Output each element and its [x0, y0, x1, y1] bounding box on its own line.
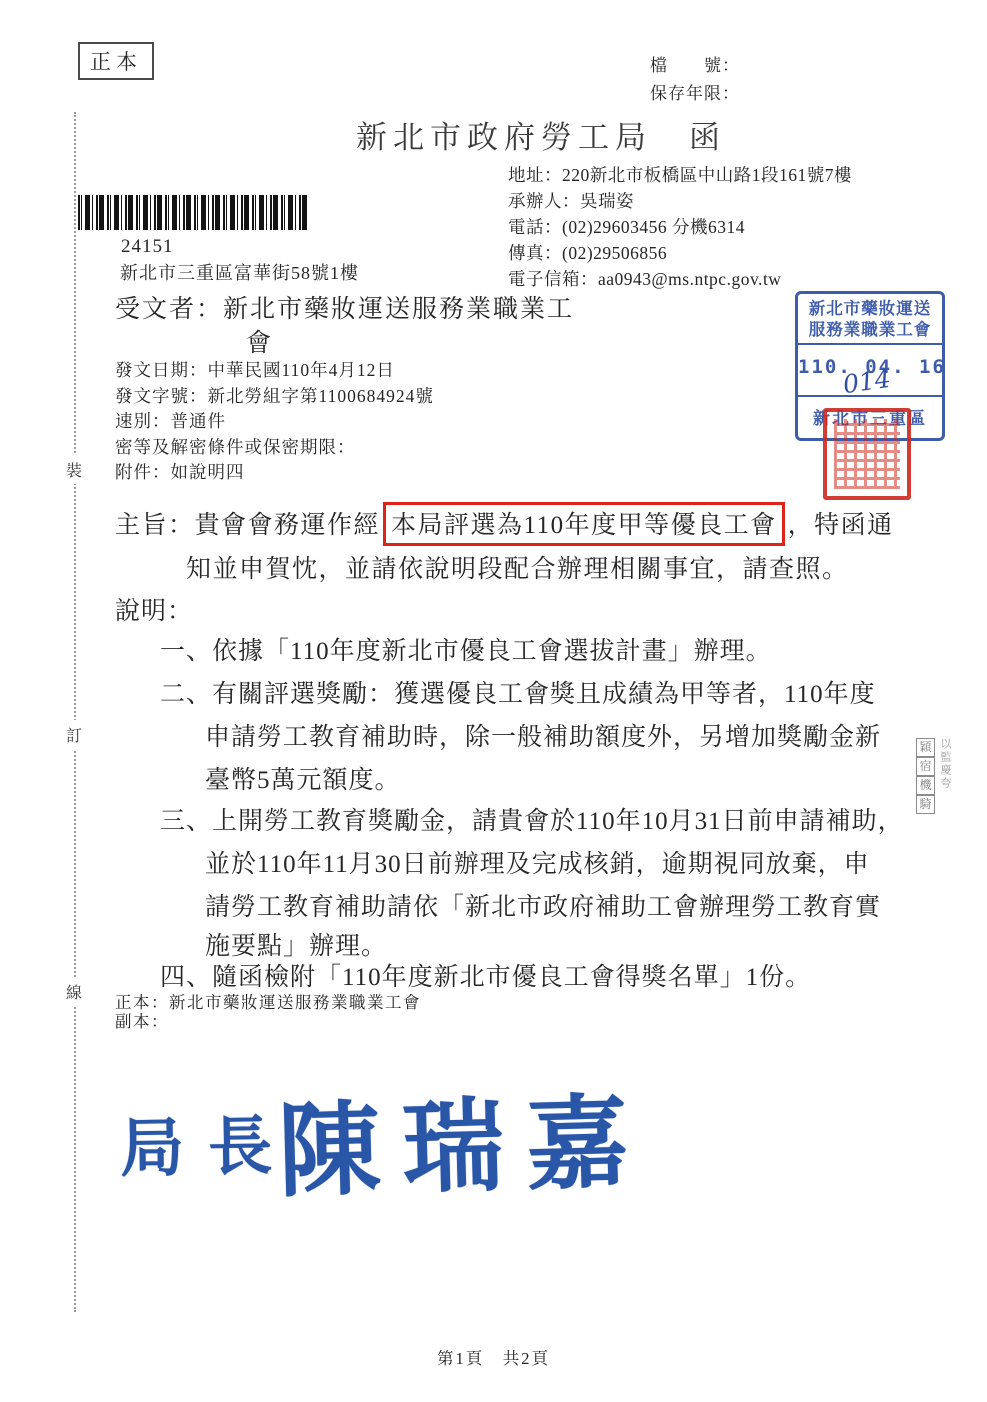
edge-stamp-glyph: 穎 [916, 738, 935, 757]
sender-phone: 電話：(02)29603456 分機6314 [508, 214, 852, 240]
explanation-item2-line1: 二、有關評選獎勵：獲選優良工會獎且成績為甲等者，110年度 [160, 674, 876, 710]
mail-barcode [78, 195, 310, 230]
explanation-heading: 說明： [115, 591, 193, 627]
subject-line1: 主旨：貴會會務運作經本局評選為110年度甲等優良工會，特函通 [115, 502, 894, 546]
explanation-item2-line3: 臺幣5萬元額度。 [205, 760, 401, 796]
recipient-line2: 會 [246, 323, 271, 359]
file-number-label: 檔 號： [650, 52, 740, 80]
retention-label: 保存年限： [650, 80, 740, 108]
sender-contact: 承辦人：吳瑞姿 [508, 188, 852, 214]
page-number-footer: 第1頁 共2頁 [0, 1345, 987, 1369]
sender-info-block: 地址：220新北市板橋區中山路1段161號7樓 承辦人：吳瑞姿 電話：(02)2… [508, 162, 852, 292]
edge-stamp-glyph: 騎 [916, 795, 935, 814]
receipt-stamp-org-line1: 新北市藥妝運送 [800, 298, 940, 319]
recipient-street: 新北市三重區富華街58號1樓 [120, 259, 359, 285]
speed-line: 速別：普通件 [115, 409, 434, 435]
subject-prefix: 主旨：貴會會務運作經 [115, 512, 380, 539]
sender-fax: 傳真：(02)29506856 [508, 240, 852, 266]
signature-title: 局長 [119, 1094, 297, 1189]
binding-char-ding: 訂 [66, 720, 82, 749]
cc-original: 正本：新北市藥妝運送服務業職業工會 [115, 993, 421, 1012]
subject-line2: 知並申賀忱，並請依說明段配合辦理相關事宜，請查照。 [186, 549, 849, 585]
red-chop-seal [823, 408, 911, 500]
doc-number-line: 發文字號：新北勞組字第1100684924號 [115, 384, 434, 410]
sender-address: 地址：220新北市板橋區中山路1段161號7樓 [508, 162, 852, 188]
explanation-item4: 四、隨函檢附「110年度新北市優良工會得獎名單」1份。 [160, 957, 811, 993]
binding-char-xian: 線 [66, 977, 82, 1006]
red-chop-seal-pattern [834, 419, 900, 489]
explanation-item3-line1: 三、上開勞工教育獎勵金，請貴會於110年10月31日前申請補助， [160, 801, 904, 837]
signature-name: 陳瑞嘉 [276, 1061, 652, 1217]
archive-labels: 檔 號： 保存年限： [650, 52, 740, 108]
cc-copy: 副本： [115, 1012, 421, 1031]
explanation-item3-line2: 並於110年11月30日前辦理及完成核銷，逾期視同放棄，申 [205, 844, 870, 880]
binding-dotted-line [74, 112, 76, 1312]
explanation-item1: 一、依據「110年度新北市優良工會選拔計畫」辦理。 [160, 631, 772, 667]
subject-highlight-box: 本局評選為110年度甲等優良工會 [383, 502, 785, 546]
document-meta-block: 發文日期：中華民國110年4月12日 發文字號：新北勞組字第1100684924… [115, 358, 434, 486]
explanation-item2-line2: 申請勞工教育補助時，除一般補助額度外，另增加獎勵金新 [205, 717, 881, 753]
barcode-number: 24151 [121, 236, 174, 258]
official-letter-page: 裝 訂 線 正本 檔 號： 保存年限： 新北市政府勞工局 函 地址：220新北市… [0, 0, 987, 1402]
security-line: 密等及解密條件或保密期限： [115, 435, 434, 461]
explanation-item3-line3: 請勞工教育補助請依「新北市政府補助工會辦理勞工教育實 [205, 887, 881, 923]
recipient-line1: 受文者：新北市藥妝運送服務業職業工 [115, 289, 574, 325]
issue-date-line: 發文日期：中華民國110年4月12日 [115, 358, 434, 384]
edge-stamp-glyph: 宿 [916, 757, 935, 776]
receipt-stamp-org-line2: 服務業職業工會 [800, 319, 940, 340]
edge-verification-stamp: 穎 宿 機 騎 以監慶夸 [916, 738, 953, 814]
edge-stamp-glyph: 機 [916, 776, 935, 795]
subject-suffix: ，特函通 [788, 512, 894, 539]
document-title: 新北市政府勞工局 函 [356, 112, 726, 157]
receipt-stamp-org: 新北市藥妝運送 服務業職業工會 [798, 294, 942, 345]
cc-block: 正本：新北市藥妝運送服務業職業工會 副本： [115, 993, 421, 1031]
edge-stamp-plain-column: 以監慶夸 [937, 738, 953, 814]
binding-char-zhuang: 裝 [66, 455, 82, 484]
copy-type-box: 正本 [78, 42, 154, 80]
edge-stamp-boxed-column: 穎 宿 機 騎 [916, 738, 935, 814]
attachment-line: 附件：如說明四 [115, 460, 434, 486]
